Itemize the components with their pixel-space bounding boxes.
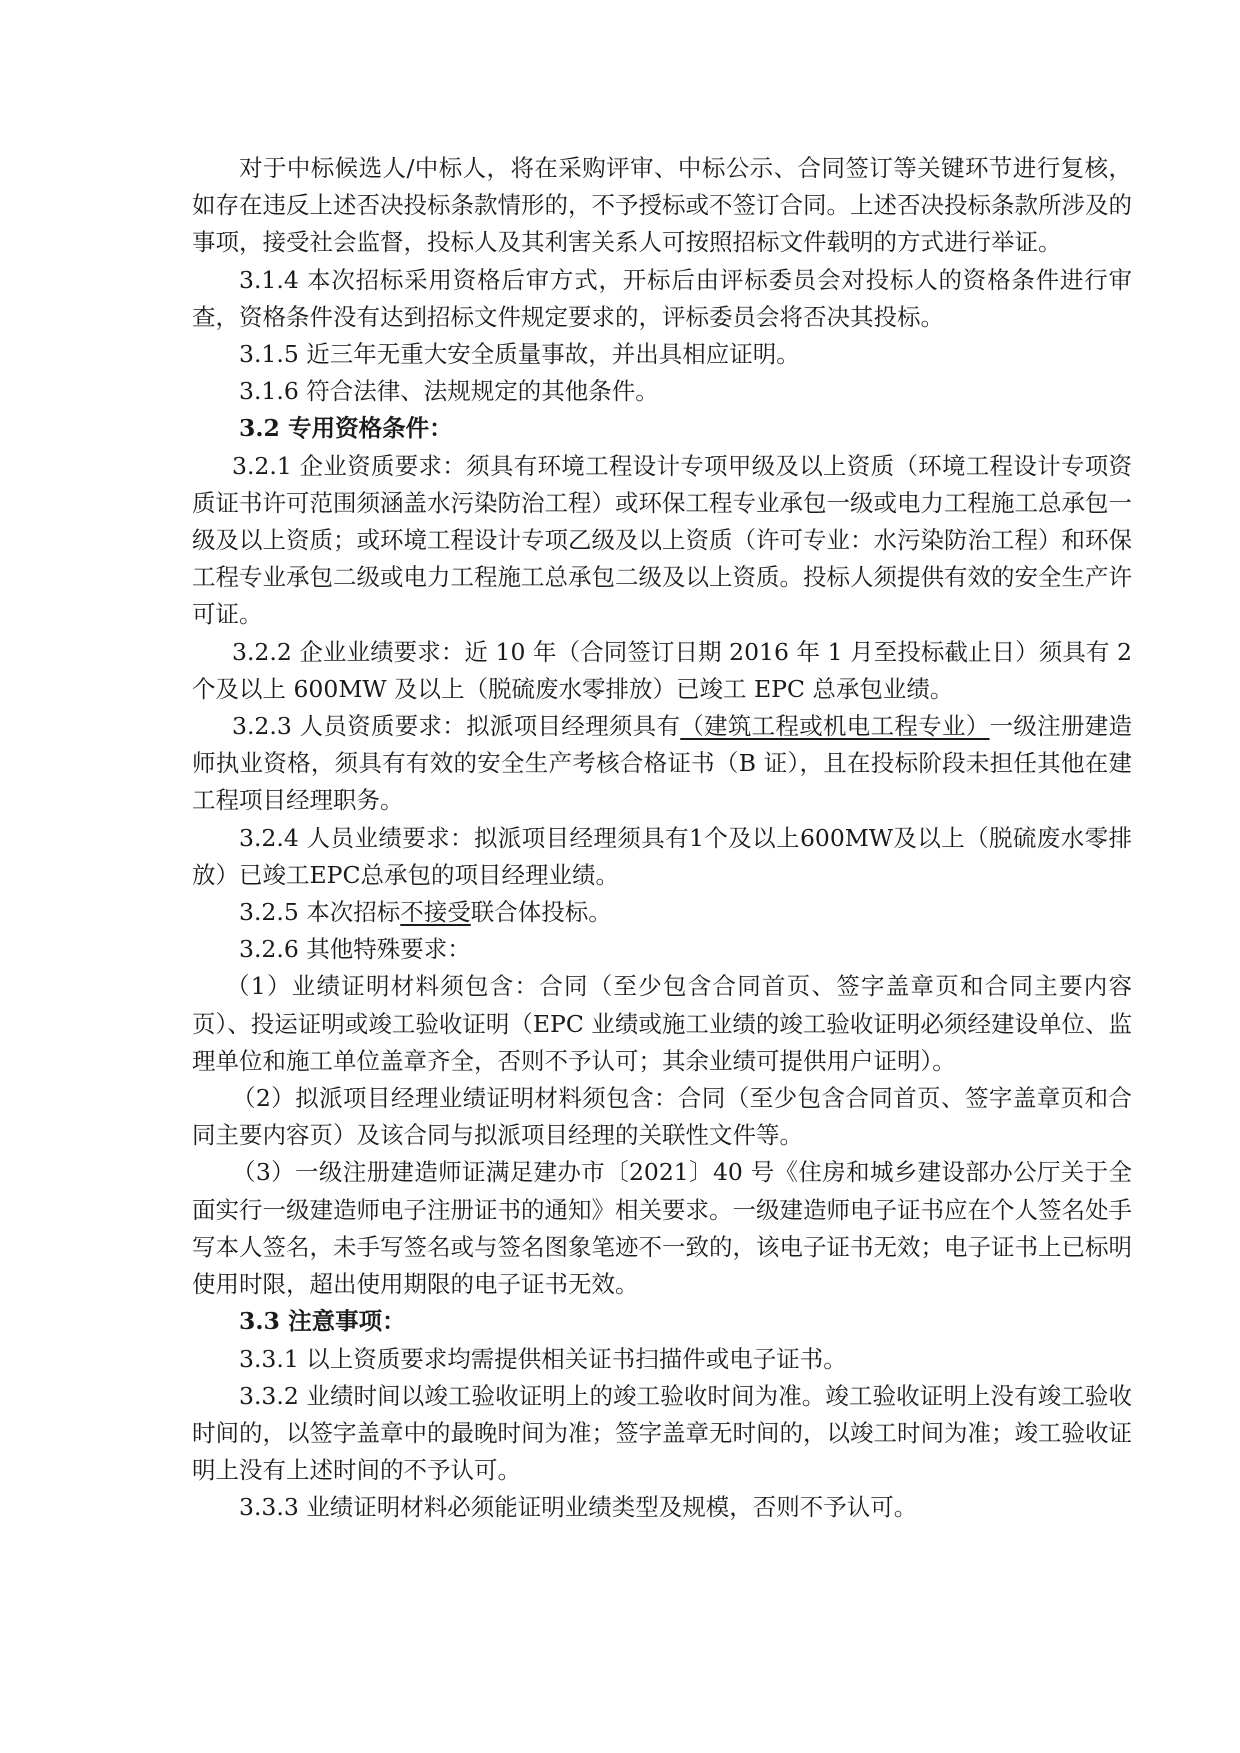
paragraph-intro: 对于中标候选人/中标人，将在采购评审、中标公示、合同签订等关键环节进行复核，如存… [192, 150, 1132, 262]
paragraph-3-2-2: 3.2.2 企业业绩要求：近 10 年（合同签订日期 2016 年 1 月至投标… [192, 634, 1132, 708]
paragraph-3-2-4: 3.2.4 人员业绩要求：拟派项目经理须具有1个及以上600MW及以上（脱硫废水… [192, 820, 1132, 894]
paragraph-3-2-6-item-3: （3）一级注册建造师证满足建办市〔2021〕40 号《住房和城乡建设部办公厅关于… [192, 1154, 1132, 1303]
text-3-2-5-rest: 联合体投标。 [471, 898, 612, 926]
text-3-2-5-lead: 3.2.5 本次招标 [239, 898, 400, 926]
section-heading-3-3: 3.3 注意事项： [192, 1303, 1132, 1340]
paragraph-3-2-6-item-2: （2）拟派项目经理业绩证明材料须包含：合同（至少包含合同首页、签字盖章页和合同主… [192, 1080, 1132, 1154]
paragraph-3-3-1: 3.3.1 以上资质要求均需提供相关证书扫描件或电子证书。 [192, 1341, 1132, 1378]
paragraph-3-3-2: 3.3.2 业绩时间以竣工验收证明上的竣工验收时间为准。竣工验收证明上没有竣工验… [192, 1378, 1132, 1490]
paragraph-3-2-3: 3.2.3 人员资质要求：拟派项目经理须具有（建筑工程或机电工程专业）一级注册建… [192, 708, 1132, 820]
section-heading-3-2: 3.2 专用资格条件： [192, 410, 1132, 447]
paragraph-3-1-4: 3.1.4 本次招标采用资格后审方式，开标后由评标委员会对投标人的资格条件进行审… [192, 262, 1132, 336]
paragraph-3-3-3: 3.3.3 业绩证明材料必须能证明业绩类型及规模，否则不予认可。 [192, 1489, 1132, 1526]
underlined-not-accept: 不接受 [400, 898, 471, 926]
paragraph-3-2-5: 3.2.5 本次招标不接受联合体投标。 [192, 894, 1132, 931]
document-page: 对于中标候选人/中标人，将在采购评审、中标公示、合同签订等关键环节进行复核，如存… [192, 150, 1132, 1527]
paragraph-3-2-6: 3.2.6 其他特殊要求： [192, 931, 1132, 968]
paragraph-3-1-5: 3.1.5 近三年无重大安全质量事故，并出具相应证明。 [192, 336, 1132, 373]
text-3-2-3-lead: 3.2.3 人员资质要求：拟派项目经理须具有 [232, 712, 680, 740]
paragraph-3-2-6-item-1: （1）业绩证明材料须包含：合同（至少包含合同首页、签字盖章页和合同主要内容页）、… [192, 968, 1132, 1080]
paragraph-3-2-1: 3.2.1 企业资质要求：须具有环境工程设计专项甲级及以上资质（环境工程设计专项… [192, 448, 1132, 634]
paragraph-3-1-6: 3.1.6 符合法律、法规规定的其他条件。 [192, 373, 1132, 410]
underlined-specialty: （建筑工程或机电工程专业） [680, 712, 989, 740]
